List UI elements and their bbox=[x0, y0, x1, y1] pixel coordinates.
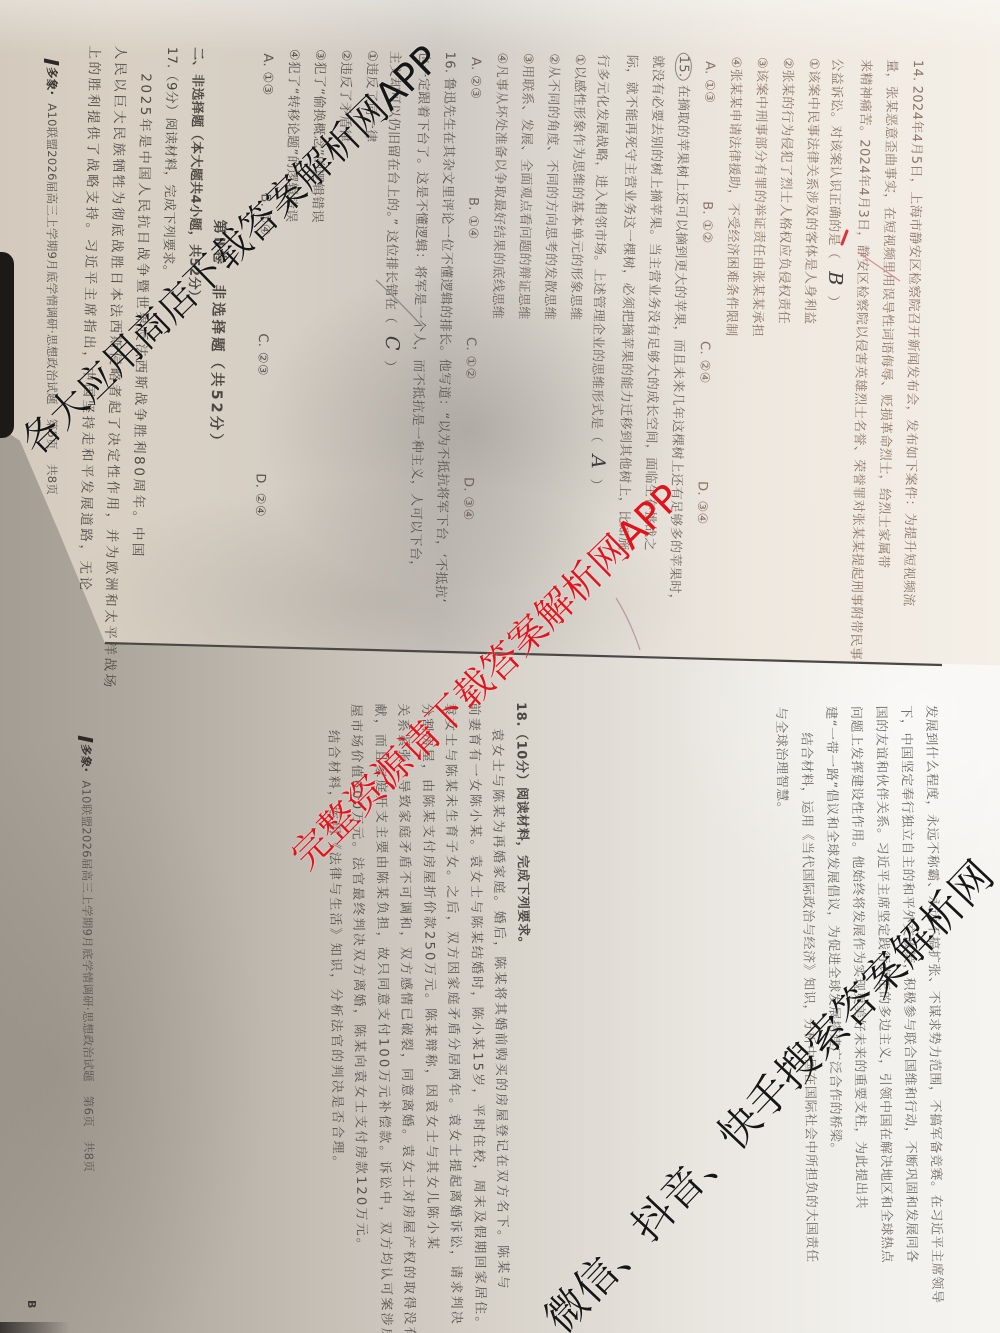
pen-stroke bbox=[858, 252, 900, 281]
red-check-mark bbox=[842, 231, 847, 244]
pencil-stroke bbox=[376, 280, 422, 326]
pencil-stroke bbox=[616, 598, 640, 650]
